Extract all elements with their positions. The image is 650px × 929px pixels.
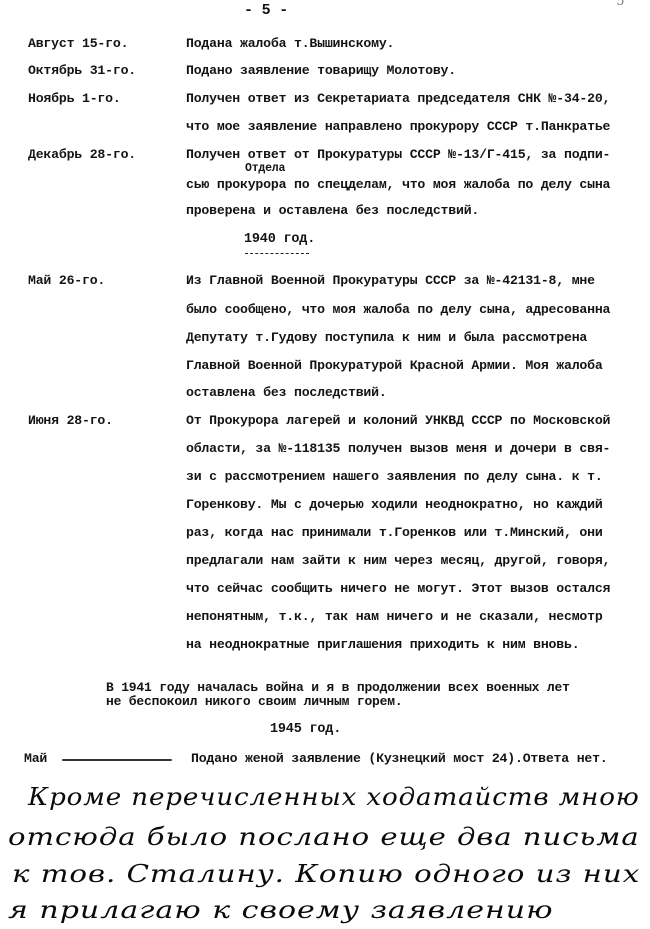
entry-date: Декабрь 28-го.	[28, 147, 136, 162]
entry-text: Горенкову. Мы с дочерью ходили неоднокра…	[186, 497, 603, 512]
handwritten-line: Кроме перечисленных ходатайств мною	[28, 783, 640, 812]
entry-text: проверена и оставлена без последствий.	[186, 203, 479, 218]
entry-text: области, за №-118135 получен вызов меня …	[186, 441, 610, 456]
corner-mark: 5	[617, 0, 625, 8]
entry-text: на неоднократные приглашения приходить к…	[186, 637, 579, 652]
entry-text: оставлена без последствий.	[186, 385, 387, 400]
entry-text: Из Главной Военной Прокуратуры СССР за №…	[186, 273, 595, 288]
entry-text: Получен ответ из Секретариата председате…	[186, 91, 610, 106]
year-heading-1945: 1945 год.	[270, 722, 341, 737]
entry-text: Получен ответ от Прокуратуры СССР №-13/Г…	[186, 147, 610, 162]
entry-text: что сейчас сообщить ничего не могут. Это…	[186, 581, 610, 596]
entry-text: сью прокурора по спецделам, что моя жало…	[186, 177, 610, 192]
entry-date: Ноябрь 1-го.	[28, 91, 121, 106]
entry-text: Главной Военной Прокуратурой Красной Арм…	[186, 358, 603, 373]
year-underline	[245, 253, 309, 254]
entry-text: Подана жалоба т.Вышинскому.	[186, 36, 394, 51]
entry-date: Август 15-го.	[28, 36, 128, 51]
interlinear-insert: Отдела	[245, 162, 285, 175]
handwritten-line: к тов. Сталину. Копию одного из них	[12, 860, 640, 889]
entry-text: зи с рассмотрением нашего заявления по д…	[186, 469, 603, 484]
entry-text: Подано заявление товарищу Молотову.	[186, 63, 456, 78]
entry-date: Май 26-го.	[28, 273, 105, 288]
entry-text: что мое заявление направлено прокурору С…	[186, 119, 610, 134]
year-heading-1940: 1940 год.	[244, 232, 315, 247]
war-note-line: В 1941 году началась война и я в продолж…	[106, 680, 570, 695]
entry-text: раз, когда нас принимали т.Горенков или …	[186, 525, 603, 540]
document-page: - 5 - 5 Август 15-го. Подана жалоба т.Вы…	[0, 0, 650, 929]
entry-text: предлагали нам зайти к ним через месяц, …	[186, 553, 610, 568]
entry-date: Октябрь 31-го.	[28, 63, 136, 78]
entry-text: От Прокурора лагерей и колоний УНКВД ССС…	[186, 413, 610, 428]
entry-date: Май	[24, 751, 47, 766]
handwritten-line: отсюда было послано еще два письма	[8, 823, 640, 852]
entry-text: было сообщено, что моя жалоба по делу сы…	[186, 302, 610, 317]
entry-text: Подано женой заявление (Кузнецкий мост 2…	[191, 751, 608, 766]
page-number: - 5 -	[244, 2, 288, 19]
entry-text: непонятным, т.к., так нам ничего и не ск…	[186, 609, 603, 624]
entry-date: Июня 28-го.	[28, 413, 113, 428]
war-note-line: не беспокоил никого своим личным горем.	[106, 694, 402, 709]
dash-line	[62, 759, 172, 761]
entry-text: Депутату т.Гудову поступила к ним и была…	[186, 330, 587, 345]
handwritten-line: я прилагаю к своему заявлению	[8, 896, 554, 925]
